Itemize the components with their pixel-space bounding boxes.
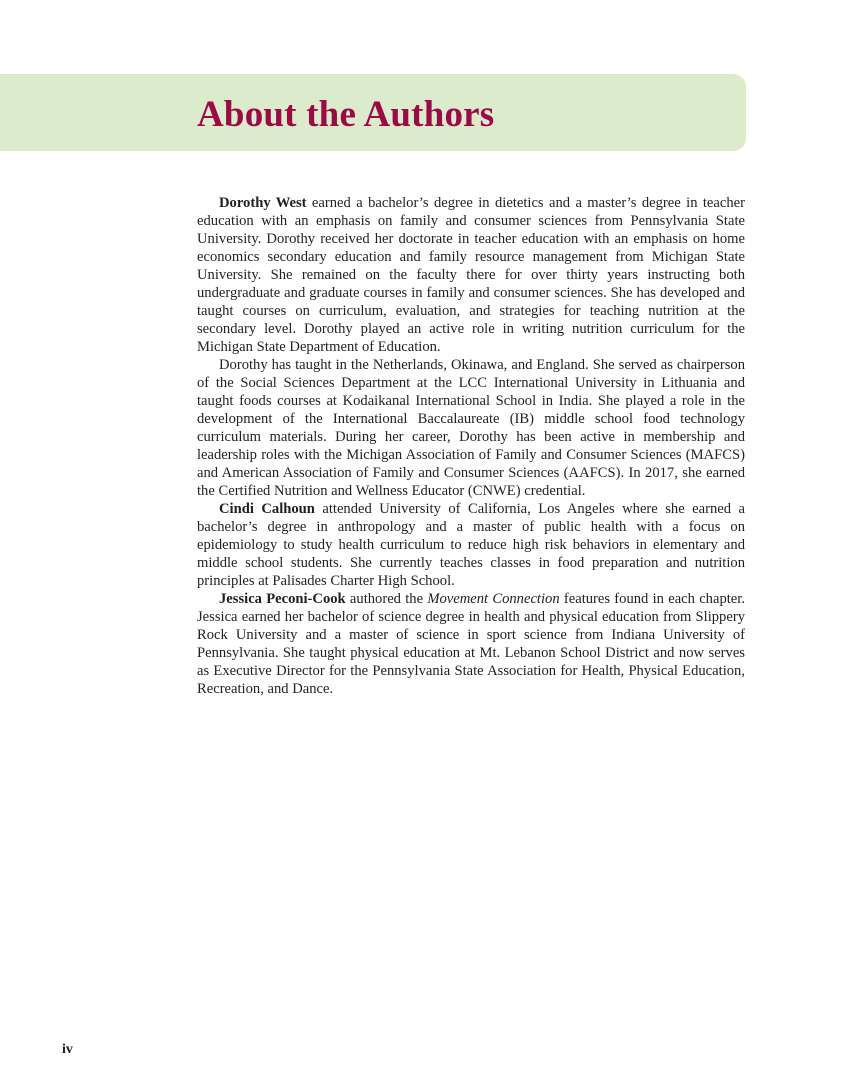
author-name-jessica-peconi-cook: Jessica Peconi-Cook (219, 591, 346, 607)
author-paragraph-dorothy-west-1: Dorothy West earned a bachelor’s degree … (197, 194, 745, 356)
paragraph-text: authored the (346, 591, 428, 607)
author-paragraph-jessica-peconi-cook: Jessica Peconi-Cook authored the Movemen… (197, 590, 745, 698)
paragraph-text: earned a bachelor’s degree in dietetics … (197, 195, 745, 355)
page-title: About the Authors (197, 93, 494, 137)
author-name-cindi-calhoun: Cindi Calhoun (219, 501, 315, 517)
author-name-dorothy-west: Dorothy West (219, 195, 307, 211)
author-paragraph-dorothy-west-2: Dorothy has taught in the Netherlands, O… (197, 356, 745, 500)
page-number: iv (62, 1042, 73, 1058)
feature-title-movement-connection: Movement Connection (427, 591, 559, 607)
author-paragraph-cindi-calhoun: Cindi Calhoun attended University of Cal… (197, 500, 745, 590)
authors-body: Dorothy West earned a bachelor’s degree … (197, 194, 745, 698)
paragraph-text: Dorothy has taught in the Netherlands, O… (197, 357, 745, 499)
